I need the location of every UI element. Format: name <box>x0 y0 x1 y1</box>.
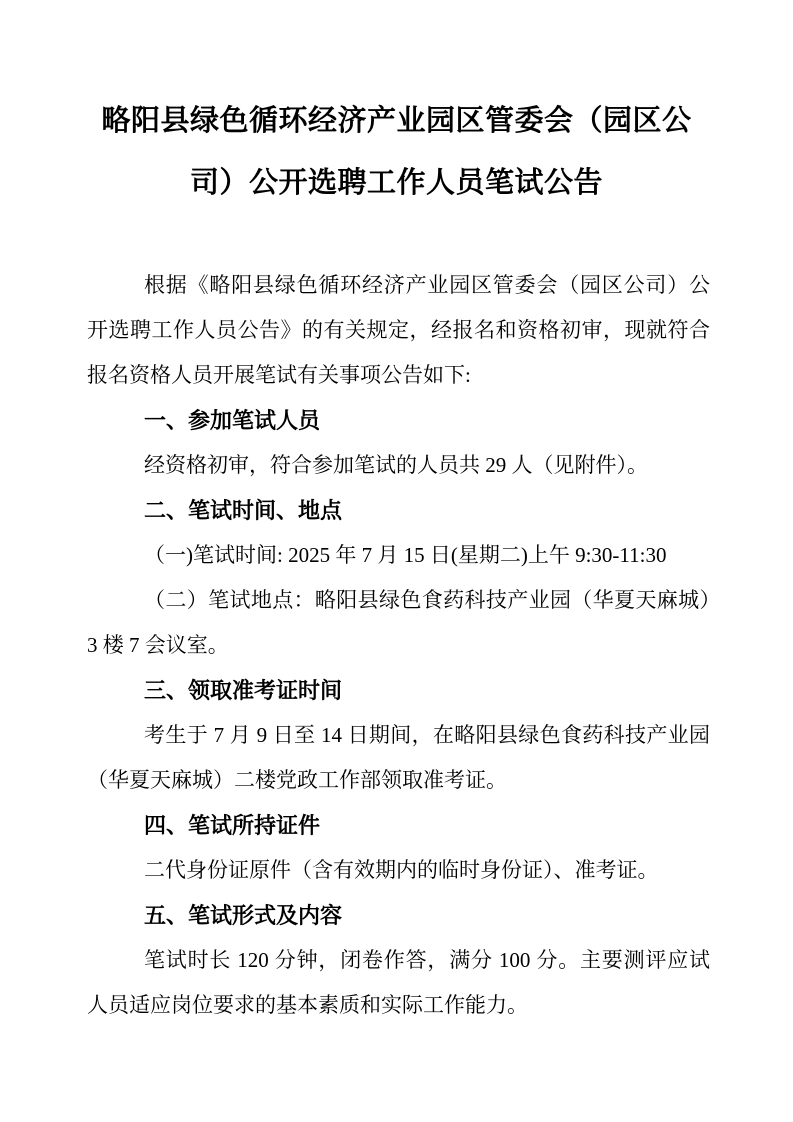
paragraph: 二代身份证原件（含有效期内的临时身份证）、准考证。 <box>87 848 710 893</box>
section-heading: 四、笔试所持证件 <box>87 803 710 848</box>
document-body: 根据《略阳县绿色循环经济产业园区管委会（园区公司）公开选聘工作人员公告》的有关规… <box>87 263 710 1028</box>
paragraph: （一)笔试时间: 2025 年 7 月 15 日(星期二)上午 9:30-11:… <box>87 533 710 578</box>
document-title: 略阳县绿色循环经济产业园区管委会（园区公司）公开选聘工作人员笔试公告 <box>97 90 697 214</box>
paragraph: 根据《略阳县绿色循环经济产业园区管委会（园区公司）公开选聘工作人员公告》的有关规… <box>87 263 710 398</box>
section-heading: 五、笔试形式及内容 <box>87 893 710 938</box>
paragraph: 笔试时长 120 分钟，闭卷作答，满分 100 分。主要测评应试人员适应岗位要求… <box>87 938 710 1028</box>
paragraph: 经资格初审，符合参加笔试的人员共 29 人（见附件）。 <box>87 443 710 488</box>
section-heading: 二、笔试时间、地点 <box>87 488 710 533</box>
paragraph: 考生于 7 月 9 日至 14 日期间，在略阳县绿色食药科技产业园（华夏天麻城）… <box>87 713 710 803</box>
section-heading: 一、参加笔试人员 <box>87 398 710 443</box>
section-heading: 三、领取准考证时间 <box>87 668 710 713</box>
paragraph: （二）笔试地点：略阳县绿色食药科技产业园（华夏天麻城）3 楼 7 会议室。 <box>87 578 710 668</box>
document-page: 略阳县绿色循环经济产业园区管委会（园区公司）公开选聘工作人员笔试公告 根据《略阳… <box>0 0 793 1122</box>
